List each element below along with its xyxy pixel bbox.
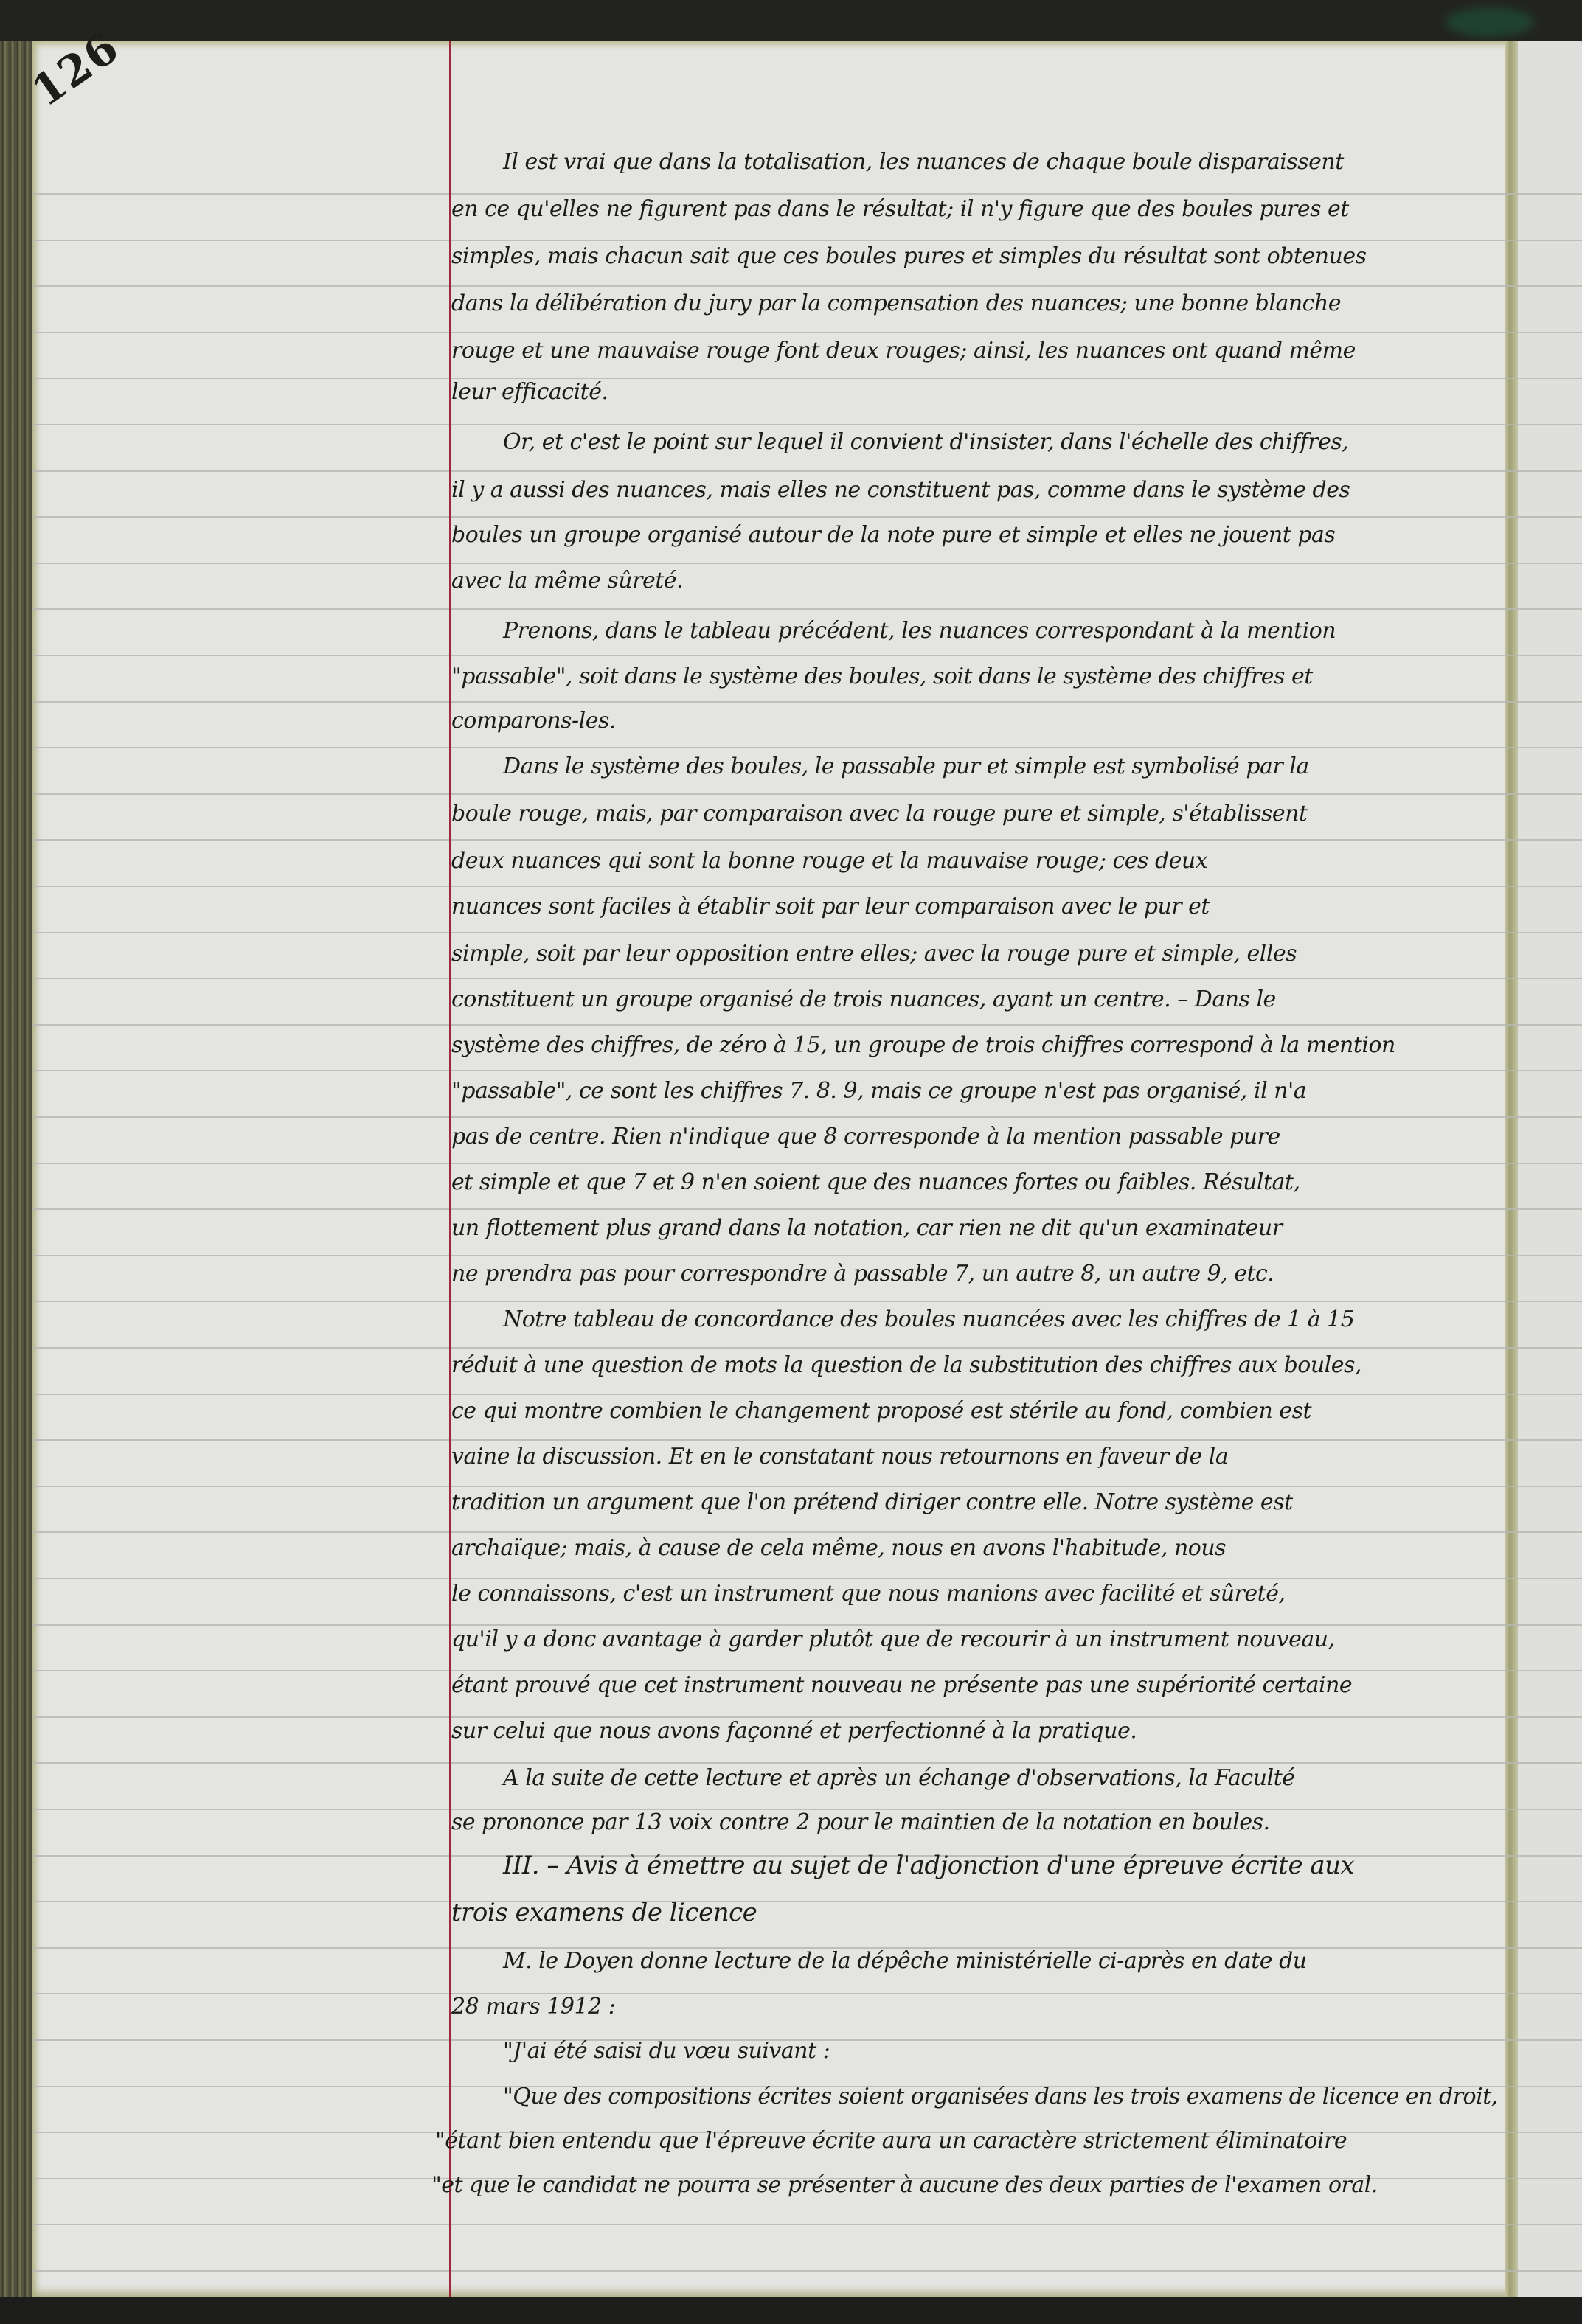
text-line: tradition un argument que l'on prétend d… — [451, 1488, 1499, 1517]
text-line: Prenons, dans le tableau précédent, les … — [451, 616, 1550, 646]
text-line: "et que le candidat ne pourra se présent… — [431, 2171, 1479, 2200]
ruled-line — [32, 1531, 1582, 1533]
ruled-line — [32, 1347, 1582, 1349]
ruled-line — [32, 285, 1582, 287]
text-line: vaine la discussion. Et en le constatant… — [451, 1442, 1499, 1472]
text-line: ce qui montre combien le changement prop… — [451, 1396, 1499, 1426]
ruled-line — [32, 793, 1582, 795]
text-line: A la suite de cette lecture et après un … — [451, 1764, 1550, 1793]
ruled-line — [32, 932, 1582, 933]
text-line: pas de centre. Rien n'indique que 8 corr… — [451, 1122, 1499, 1152]
scanner-green-smudge — [1446, 7, 1534, 37]
text-line: simples, mais chacun sait que ces boules… — [451, 242, 1499, 271]
text-line: un flottement plus grand dans la notatio… — [451, 1214, 1499, 1243]
ruled-line — [32, 516, 1582, 518]
text-line: ne prendra pas pour correspondre à passa… — [451, 1259, 1499, 1289]
ruled-line — [32, 424, 1582, 425]
text-line: nuances sont faciles à établir soit par … — [451, 892, 1499, 922]
text-line: réduit à une question de mots la questio… — [451, 1351, 1499, 1380]
ruled-line — [32, 2224, 1582, 2225]
ruled-line — [32, 1486, 1582, 1487]
text-line: en ce qu'elles ne figurent pas dans le r… — [451, 195, 1499, 224]
ruled-line — [32, 240, 1582, 241]
scanner-top-border — [0, 0, 1582, 41]
ruled-line — [32, 886, 1582, 887]
ruled-line — [32, 2270, 1582, 2272]
ruled-line — [32, 332, 1582, 333]
scanner-bottom-border — [0, 2297, 1582, 2324]
ruled-line — [32, 1024, 1582, 1026]
text-line: Or, et c'est le point sur lequel il conv… — [451, 428, 1550, 457]
ruled-line — [32, 1439, 1582, 1441]
text-line: il y a aussi des nuances, mais elles ne … — [451, 476, 1499, 505]
text-line: qu'il y a donc avantage à garder plutôt … — [451, 1625, 1499, 1655]
section-heading: III. – Avis à émettre au sujet de l'adjo… — [451, 1851, 1550, 1880]
text-line: archaïque; mais, à cause de cela même, n… — [451, 1534, 1499, 1563]
text-line: se prononce par 13 voix contre 2 pour le… — [451, 1808, 1499, 1837]
ruled-line — [32, 563, 1582, 564]
red-margin-line — [449, 41, 451, 2297]
text-line: Notre tableau de concordance des boules … — [451, 1305, 1550, 1335]
text-line: et simple et que 7 et 9 n'en soient que … — [451, 1168, 1499, 1197]
text-line: simple, soit par leur opposition entre e… — [451, 939, 1499, 969]
text-line: "passable", ce sont les chiffres 7. 8. 9… — [451, 1076, 1499, 1106]
ruled-line — [32, 1208, 1582, 1210]
text-line: M. le Doyen donne lecture de la dépêche … — [451, 1946, 1550, 1976]
text-line: dans la délibération du jury par la comp… — [451, 289, 1499, 319]
text-line: comparons-les. — [451, 706, 1499, 736]
text-line: deux nuances qui sont la bonne rouge et … — [451, 846, 1499, 876]
text-line: leur efficacité. — [451, 378, 1499, 407]
ruled-line — [32, 1116, 1582, 1118]
ruled-line — [32, 1301, 1582, 1302]
ruled-line — [32, 978, 1582, 979]
text-line: rouge et une mauvaise rouge font deux ro… — [451, 336, 1499, 366]
text-line: 28 mars 1912 : — [451, 1992, 1499, 2022]
ruled-line — [32, 701, 1582, 703]
book-spine-edge — [0, 41, 32, 2297]
text-line: boule rouge, mais, par comparaison avec … — [451, 799, 1499, 829]
ruled-line — [32, 608, 1582, 610]
section-heading-continued: trois examens de licence — [451, 1898, 1499, 1927]
text-line: avec la même sûreté. — [451, 566, 1499, 596]
text-line: le connaissons, c'est un instrument que … — [451, 1579, 1499, 1609]
text-line: "étant bien entendu que l'épreuve écrite… — [435, 2126, 1482, 2156]
text-line: Il est vrai que dans la totalisation, le… — [451, 147, 1550, 177]
ruled-line — [32, 1255, 1582, 1256]
text-line: sur celui que nous avons façonné et perf… — [451, 1716, 1499, 1746]
ruled-line — [32, 1163, 1582, 1164]
text-line: étant prouvé que cet instrument nouveau … — [451, 1671, 1499, 1700]
text-line: système des chiffres, de zéro à 15, un g… — [451, 1031, 1499, 1060]
ruled-line — [32, 747, 1582, 748]
ruled-line — [32, 1394, 1582, 1395]
text-line: "Que des compositions écrites soient org… — [451, 2082, 1550, 2112]
text-line: Dans le système des boules, le passable … — [451, 752, 1550, 782]
ruled-line — [32, 1070, 1582, 1071]
text-line: constituent un groupe organisé de trois … — [451, 985, 1499, 1015]
ruled-line — [32, 655, 1582, 656]
ruled-line — [32, 839, 1582, 841]
text-line: "J'ai été saisi du vœu suivant : — [451, 2036, 1550, 2066]
ruled-line — [32, 470, 1582, 472]
text-line: boules un groupe organisé autour de la n… — [451, 521, 1499, 550]
text-line: "passable", soit dans le système des bou… — [451, 662, 1499, 692]
